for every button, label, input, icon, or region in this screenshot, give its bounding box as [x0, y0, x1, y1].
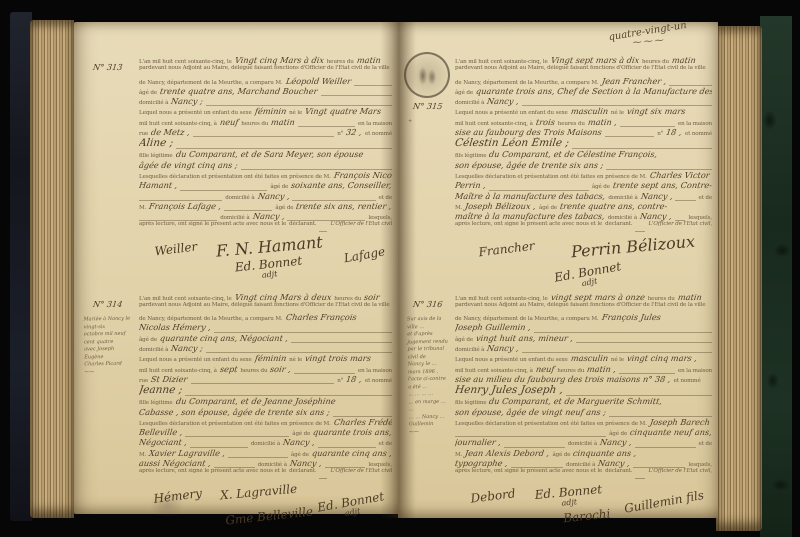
- act-line: fille légitimedu Comparant, et de Jeanne…: [139, 396, 392, 406]
- printed-form-text: L'an mil huit cent soixante-cinq, le: [139, 59, 232, 65]
- printed-form-text: M.: [455, 452, 462, 458]
- printed-form-text: domicilié à: [251, 441, 280, 447]
- blank-rule-filler: [228, 453, 287, 458]
- handwritten-entry: Henry Jules Joseph ,: [455, 384, 564, 396]
- printed-form-text: domicilié à: [608, 195, 637, 201]
- printed-form-text: n°: [657, 131, 663, 137]
- printed-form-text: lesquels,: [688, 215, 712, 221]
- act-line: L'an mil huit cent soixante-cinq, leVing…: [139, 55, 392, 65]
- handwritten-entry: son épouse, âgée de vingt neuf ans ;: [455, 407, 607, 417]
- printed-form-text: âgé de: [455, 337, 473, 343]
- act-line: Nicolas Hémery ,: [139, 322, 392, 332]
- book-cover-right: [760, 16, 792, 537]
- handwritten-entry: vingt six mars: [626, 106, 686, 116]
- act-number: N° 313: [93, 62, 124, 72]
- blank-rule-filler: [605, 132, 655, 137]
- act-line: pardevant nous Adjoint au Maire, délégué…: [139, 65, 392, 75]
- margin-note: +: [406, 118, 450, 126]
- signature-block: DebordEd. BonnetadjtGuillemin filsBaroch…: [465, 486, 708, 522]
- act-line: domicilié àNancy ,: [455, 96, 712, 106]
- printed-form-text: né le: [289, 110, 302, 116]
- act-line: âgé decinquante neuf ans,: [455, 427, 712, 437]
- handwritten-entry: âgée de vingt cinq ans ;: [139, 160, 238, 170]
- act-line: Lesquelles déclaration et présentation o…: [139, 417, 392, 427]
- act-line: maître à la manufacture des tabacs,domic…: [455, 211, 712, 221]
- handwritten-entry: cinquante neuf ans,: [629, 427, 712, 437]
- act-line: de Nancy, département de la Meurthe, a c…: [139, 312, 392, 322]
- handwritten-entry: Vingt sept mars à dix: [550, 55, 640, 65]
- printed-form-text: âgé de: [139, 90, 157, 96]
- act-line: de Nancy, département de la Meurthe, a c…: [139, 76, 392, 86]
- printed-form-text: domicilié à: [608, 215, 637, 221]
- act-line: domicilié àNancy ,: [455, 343, 712, 353]
- act-line: M.Xavier Lagraville ,âgé dequarante cinq…: [139, 448, 392, 458]
- handwritten-entry: matin ,: [587, 364, 617, 374]
- printed-form-text: domicilié à: [225, 195, 254, 201]
- blank-rule-filler: [319, 474, 327, 479]
- printed-form-text: et nommé: [674, 378, 701, 384]
- handwritten-entry: Nancy ,: [289, 458, 322, 468]
- handwritten-entry: François Lafage ,: [149, 201, 223, 211]
- printed-form-text: lesquels,: [368, 462, 392, 468]
- printed-form-text: domicilié à: [568, 441, 597, 447]
- handwritten-entry: vingt huit ans, mineur ,: [475, 333, 574, 343]
- signature: Ed. Bonnetadjt: [553, 260, 623, 292]
- printed-form-text: domicilié à: [139, 347, 168, 353]
- handwritten-entry: Maître à la manufacture des tabacs,: [455, 191, 606, 201]
- printed-form-text: domicilié à: [455, 347, 484, 353]
- printed-form-text: âgé de: [592, 184, 610, 190]
- printed-form-text: et de: [379, 195, 392, 201]
- handwritten-entry: Joseph Barech: [649, 417, 710, 427]
- act-line: pardevant nous Adjoint au Maire, délégué…: [139, 302, 392, 312]
- printed-form-text: de Nancy, département de la Meurthe, a c…: [455, 80, 599, 86]
- blank-rule-filler: [191, 379, 335, 384]
- act-line: Hamant ,âgé desoixante ans, Conseiller,: [139, 180, 392, 190]
- handwritten-entry: 18 ,: [666, 127, 683, 137]
- handwritten-entry: St Dizier: [150, 374, 188, 384]
- margin-note: Mariée à Nancy le vingt-sixoctobre mil n…: [81, 315, 134, 376]
- printed-form-text: fille légitime: [139, 400, 173, 406]
- printed-form-text: âgé de: [291, 452, 309, 458]
- handwritten-entry: quarante trois ans,: [313, 427, 392, 437]
- handwritten-entry: Vingt cinq Mars à dix: [234, 55, 324, 65]
- handwritten-entry: son épouse, âgée de trente six ans ;: [455, 160, 604, 170]
- register-page-right: quatre-vingt-un ⁓⁓⁓ N° 315+L'an mil huit…: [398, 22, 718, 518]
- signature-block: FrancherPerrin BélizouxEd. Bonnetadjt: [465, 239, 708, 277]
- signature: Ed. Bonnetadjt: [234, 254, 303, 282]
- handwritten-entry: Nancy ,: [487, 343, 520, 353]
- act-body: L'an mil huit cent soixante-cinq, leving…: [455, 292, 712, 522]
- printed-form-text: heures du: [557, 368, 584, 374]
- printed-form-text: L'an mil huit cent soixante-cinq, le: [139, 296, 232, 302]
- printed-form-text: mil huit cent soixante-cinq, à: [139, 368, 217, 374]
- signature: Gme Belleville: [224, 505, 313, 527]
- handwritten-entry: Nancy ,: [599, 437, 632, 447]
- act-line: son épouse, âgée de vingt neuf ans ;: [455, 407, 712, 417]
- act-number: N° 316: [413, 299, 444, 309]
- handwritten-entry: soixante ans, Conseiller,: [291, 180, 392, 190]
- printed-form-text: mil huit cent soixante-cinq, à: [455, 121, 533, 127]
- printed-form-text: n°: [337, 131, 343, 137]
- margin-note-line: Guillemin: [409, 420, 451, 428]
- printed-form-text: âgé de: [539, 205, 557, 211]
- act-line: pardevant nous Adjoint au Maire, délégué…: [455, 302, 712, 312]
- printed-form-text: L'Officier de l'État civil,: [330, 221, 392, 227]
- handwritten-entry: Hamant ,: [139, 180, 178, 190]
- printed-form-text: et de: [379, 441, 392, 447]
- printed-form-text: et de: [699, 195, 712, 201]
- handwritten-entry: Aline ;: [139, 137, 174, 149]
- handwritten-entry: féminin: [254, 353, 287, 363]
- act-line: pardevant nous Adjoint au Maire, délégué…: [455, 65, 712, 75]
- printed-form-text: âgé de: [552, 452, 570, 458]
- handwritten-entry: vingt sept mars à onze: [550, 292, 645, 302]
- handwritten-entry: matin: [271, 117, 296, 127]
- margin-note-line: … en marge … …: [408, 398, 450, 414]
- blank-rule-filler: [180, 186, 267, 191]
- handwritten-entry: du Comparant, et de Marguerite Schmitt,: [489, 396, 663, 406]
- act-line: âgé dequarante trois ans, Chef de Sectio…: [455, 86, 712, 96]
- act-line: après lecture, ont signé le présent acte…: [139, 221, 392, 231]
- handwritten-entry: François Nicolas: [333, 170, 392, 180]
- signature-block: WeillerF. N. HamantLafageEd. Bonnetadjt: [149, 239, 388, 277]
- printed-form-text: Lesquelles déclaration et présentation o…: [455, 421, 647, 427]
- act-line: après lecture, ont signé le présent acte…: [139, 468, 392, 478]
- register-page-left: N° 313L'an mil huit cent soixante-cinq, …: [74, 22, 398, 514]
- printed-form-text: et de: [699, 441, 712, 447]
- printed-form-text: âgé de: [275, 205, 293, 211]
- handwritten-entry: du Comparant, et de Célestine François,: [489, 149, 659, 159]
- printed-form-text: fils légitime: [455, 400, 486, 406]
- act-number: N° 315: [413, 101, 444, 111]
- act-margin-column: N° 314Mariée à Nancy le vingt-sixoctobre…: [82, 292, 134, 522]
- act-line: son épouse, âgée de trente six ans ;: [455, 160, 712, 170]
- blank-rule-filler: [318, 443, 376, 448]
- printed-form-text: en la maison: [678, 121, 712, 127]
- act-line: de Nancy, département de la Meurthe, a c…: [455, 312, 712, 322]
- handwritten-entry: Vingt quatre Mars: [304, 106, 382, 116]
- act-line: âgé devingt huit ans, mineur ,: [455, 333, 712, 343]
- handwritten-entry: trente quatre ans, contre-: [559, 201, 668, 211]
- handwritten-entry: trente quatre ans, Marchand Boucher: [159, 86, 318, 96]
- margin-note-line: par le tribunal civil de: [407, 345, 449, 361]
- margin-note-line: avec Joseph Eugène: [84, 345, 134, 361]
- blank-rule-filler: [635, 227, 645, 232]
- margin-note-line: et d'après jugement rendu: [407, 330, 449, 346]
- signature: Hémery: [153, 487, 203, 505]
- printed-form-text: après lecture, ont signé le présent acte…: [139, 221, 286, 227]
- civil-act: N° 313L'an mil huit cent soixante-cinq, …: [82, 55, 392, 277]
- book-cover-left: [10, 12, 32, 521]
- handwritten-entry: masculin: [570, 106, 609, 116]
- act-line: M.François Lafage ,âgé detrente six ans,…: [139, 201, 392, 211]
- signature-title: adjt: [555, 272, 623, 292]
- blank-rule-filler: [193, 132, 334, 137]
- printed-form-text: domicilié à: [455, 100, 484, 106]
- signature: Ed. Bonnetadjt: [317, 490, 387, 522]
- act-line: Lequel nous a présenté un enfant du sexe…: [139, 353, 392, 363]
- printed-form-text: Lequel nous a présenté un enfant du sexe: [455, 110, 568, 116]
- act-line: L'an mil huit cent soixante-cinq, leving…: [455, 292, 712, 302]
- handwritten-entry: soir ,: [270, 364, 292, 374]
- handwritten-entry: Nancy ;: [171, 96, 204, 106]
- act-line: de Nancy, département de la Meurthe, a c…: [455, 76, 712, 86]
- printed-form-text: fils légitime: [455, 153, 486, 159]
- printed-form-text: L'an mil huit cent soixante-cinq, le: [455, 59, 548, 65]
- act-line: rueSt Diziern°18 ,et nommé: [139, 374, 392, 384]
- signature-block: HémeryX. LagravilleEd. BonnetadjtGme Bel…: [149, 486, 388, 522]
- printed-form-text: domicilié à: [220, 215, 249, 221]
- handwritten-entry: Nancy ,: [598, 458, 631, 468]
- printed-form-text: de Nancy, département de la Meurthe, a c…: [139, 80, 283, 86]
- margin-note-line: Mariée à Nancy le vingt-six: [83, 315, 133, 331]
- act-line: Joseph Guillemin ,: [455, 322, 712, 332]
- handwritten-entry: Nancy ;: [171, 343, 204, 353]
- signature: Weiller: [154, 240, 198, 258]
- act-line: âgée de vingt cinq ans ;: [139, 160, 392, 170]
- act-line: Célestin Léon Émile ;: [455, 137, 712, 149]
- act-line: domicilié àNancy ,lesquels,: [139, 211, 392, 221]
- printed-form-text: né le: [611, 110, 624, 116]
- act-line: après lecture, ont signé le présent acte…: [455, 221, 712, 231]
- handwritten-entry: Nancy ,: [640, 191, 673, 201]
- printed-form-text: L'Officier de l'État civil,: [648, 221, 712, 227]
- act-line: fils légitimedu Comparant, et de Marguer…: [455, 396, 712, 406]
- act-line: mil huit cent soixante-cinq, àseptheures…: [139, 364, 392, 374]
- handwritten-entry: matin: [677, 292, 702, 302]
- acts-left: N° 313L'an mil huit cent soixante-cinq, …: [74, 22, 398, 514]
- printed-form-text: domicilié à: [139, 100, 168, 106]
- printed-form-text: domicilié à: [258, 462, 287, 468]
- printed-form-text: déclarant.: [605, 221, 632, 227]
- act-line: Cabasse , son épouse, âgée de trente six…: [139, 407, 392, 417]
- act-line: après lecture, ont signé le présent acte…: [455, 468, 712, 478]
- handwritten-entry: Vingt cinq Mars à deux: [234, 292, 332, 302]
- handwritten-entry: trente sept ans, Contre-: [612, 180, 712, 190]
- handwritten-entry: aussi Négociant ,: [139, 458, 212, 468]
- act-line: fille légitimedu Comparant, et de Sara M…: [139, 149, 392, 159]
- act-line: typographe ,domicilié àNancy ,lesquels,: [455, 458, 712, 468]
- act-line: L'an mil huit cent soixante-cinq, leVing…: [139, 292, 392, 302]
- handwritten-entry: Nancy ,: [257, 191, 290, 201]
- act-line: M.Jean Alexis Debord ,âgé decinquante an…: [455, 448, 712, 458]
- printed-form-text: domicilié à: [566, 462, 595, 468]
- act-line: âgé dequarante cinq ans, Négociant ,: [139, 333, 392, 343]
- act-line: M.Joseph Bélizoux ,âgé detrente quatre a…: [455, 201, 712, 211]
- margin-note-line: octobre mil neuf cent quatre: [84, 330, 134, 346]
- act-line: sise au faubourg des Trois Maisonsn°18 ,…: [455, 127, 712, 137]
- printed-form-text: heures du: [558, 121, 585, 127]
- printed-form-text: après lecture, ont signé le présent acte…: [139, 468, 286, 474]
- blank-rule-filler: [635, 443, 696, 448]
- printed-form-text: L'Officier de l'État civil,: [648, 468, 712, 474]
- act-line: domicilié àNancy ;: [139, 96, 392, 106]
- acts-right: N° 315+L'an mil huit cent soixante-cinq,…: [398, 22, 718, 518]
- handwritten-entry: soir: [364, 292, 381, 302]
- printed-form-text: mil huit cent soixante-cinq, à: [455, 368, 533, 374]
- act-line: Perrin ,âgé detrente sept ans, Contre-: [455, 180, 712, 190]
- printed-form-text: âgé de: [455, 90, 473, 96]
- act-line: Négociant ,domicilié àNancy ,et de: [139, 437, 392, 447]
- handwritten-entry: Nancy ,: [282, 437, 315, 447]
- handwritten-entry: matin: [356, 55, 381, 65]
- handwritten-entry: sise au faubourg des Trois Maisons: [455, 127, 602, 137]
- act-line: âgé detrente quatre ans, Marchand Bouche…: [139, 86, 392, 96]
- printed-form-text: heures du: [241, 121, 268, 127]
- printed-form-text: fille légitime: [139, 153, 173, 159]
- handwritten-entry: Joseph Guillemin ,: [455, 322, 531, 332]
- printed-form-text: âgé de: [270, 184, 288, 190]
- civil-act: N° 314Mariée à Nancy le vingt-sixoctobre…: [82, 292, 392, 522]
- margin-note-line: … … … …: [408, 390, 450, 398]
- signature: Ed. Bonnetadjt: [534, 483, 603, 510]
- printed-form-text: et nommé: [365, 131, 392, 137]
- printed-form-text: âgé de: [609, 431, 627, 437]
- printed-form-text: n°: [337, 378, 343, 384]
- printed-form-text: heures du: [648, 296, 675, 302]
- handwritten-entry: Charles Frédéric: [333, 417, 392, 427]
- handwritten-entry: Nancy ,: [487, 96, 520, 106]
- printed-form-text: déclarant.: [289, 468, 316, 474]
- act-line: Lequel nous a présenté un enfant du sexe…: [455, 106, 712, 116]
- civil-act: N° 315+L'an mil huit cent soixante-cinq,…: [406, 55, 712, 277]
- handwritten-entry: cinquante ans ,: [573, 448, 638, 458]
- page-edges-left: [30, 20, 74, 518]
- margin-note-line: Nancy le … mars 1896 ,: [408, 360, 450, 376]
- blank-rule-filler: [291, 338, 392, 343]
- handwritten-entry: neuf: [535, 364, 555, 374]
- printed-form-text: M.: [139, 452, 146, 458]
- act-margin-column: N° 313: [82, 55, 134, 277]
- printed-form-text: Lequel nous a présenté un enfant du sexe: [455, 357, 568, 363]
- printed-form-text: Lesquelles déclaration et présentation o…: [455, 174, 647, 180]
- signature: X. Lagraville: [220, 482, 298, 501]
- page-edges-right: [716, 26, 762, 531]
- act-body: L'an mil huit cent soixante-cinq, leVing…: [455, 55, 712, 277]
- printed-form-text: rue: [139, 378, 148, 384]
- printed-form-text: lesquels,: [688, 462, 712, 468]
- act-line: L'an mil huit cent soixante-cinq, leVing…: [455, 55, 712, 65]
- handwritten-entry: quarante trois ans, Chef de Section à la…: [475, 86, 712, 96]
- handwritten-entry: journalier ,: [455, 437, 502, 447]
- act-line: domicilié àNancy ;: [139, 343, 392, 353]
- printed-form-text: rue: [139, 131, 148, 137]
- handwritten-entry: 32 ,: [346, 127, 363, 137]
- handwritten-entry: vingt trois mars: [304, 353, 371, 363]
- handwritten-entry: Jeanne ;: [139, 384, 183, 396]
- handwritten-entry: féminin: [254, 106, 287, 116]
- printed-form-text: né le: [611, 357, 624, 363]
- blank-rule-filler: [190, 443, 248, 448]
- handwritten-entry: trente six ans, rentier ,: [296, 201, 392, 211]
- printed-form-text: heures du: [334, 296, 361, 302]
- printed-form-text: âgé de: [139, 337, 157, 343]
- handwritten-entry: Nancy ,: [639, 211, 672, 221]
- printed-form-text: mil huit cent soixante-cinq, à: [139, 121, 217, 127]
- act-line: Lesquelles déclaration et présentation o…: [455, 170, 712, 180]
- blank-rule-filler: [635, 474, 645, 479]
- printed-form-text: Lesquelles déclaration et présentation o…: [139, 174, 331, 180]
- act-line: ruede Metz ,n°32 ,et nommé: [139, 127, 392, 137]
- signature-title: adjt: [235, 267, 303, 282]
- handwritten-entry: Perrin ,: [455, 180, 487, 190]
- handwritten-entry: Joseph Bélizoux ,: [465, 201, 537, 211]
- act-number: N° 314: [93, 299, 124, 309]
- act-margin-column: N° 316Sur avis de la ville …et d'après j…: [406, 292, 450, 522]
- printed-form-text: pardevant nous Adjoint au Maire, délégué…: [139, 65, 390, 71]
- handwritten-entry: Jean Francher ,: [601, 76, 667, 86]
- printed-form-text: et nommé: [685, 131, 712, 137]
- printed-form-text: et nommé: [365, 378, 392, 384]
- printed-form-text: pardevant nous Adjoint au Maire, délégué…: [455, 302, 706, 308]
- handwritten-entry: Xavier Lagraville ,: [149, 448, 227, 458]
- handwritten-entry: trois: [535, 117, 555, 127]
- handwritten-entry: Négociant ,: [139, 437, 188, 447]
- printed-form-text: M.: [139, 205, 146, 211]
- act-line: Henry Jules Joseph ,: [455, 384, 712, 396]
- handwritten-entry: masculin: [570, 353, 609, 363]
- signature: Perrin Bélizoux: [570, 233, 695, 261]
- printed-form-text: L'Officier de l'État civil,: [330, 468, 392, 474]
- printed-form-text: Lequel nous a présenté un enfant du sexe: [139, 110, 252, 116]
- handwritten-entry: neuf: [219, 117, 239, 127]
- printed-form-text: de Nancy, département de la Meurthe, a c…: [139, 316, 283, 322]
- handwritten-entry: Célestin Léon Émile ;: [455, 137, 570, 149]
- handwritten-entry: quarante cinq ans ,: [311, 448, 392, 458]
- printed-form-text: de Nancy, département de la Meurthe, a c…: [455, 316, 599, 322]
- printed-form-text: âgé de: [292, 431, 310, 437]
- signature: Guillemin fils: [624, 489, 706, 515]
- handwritten-entry: de Metz ,: [150, 127, 190, 137]
- signature: Lafage: [343, 245, 386, 265]
- handwritten-entry: Jean Alexis Debord ,: [465, 448, 551, 458]
- blank-rule-filler: [321, 91, 392, 96]
- registry-book-photo: N° 313L'an mil huit cent soixante-cinq, …: [0, 0, 800, 537]
- act-body: L'an mil huit cent soixante-cinq, leVing…: [139, 55, 392, 277]
- handwritten-entry: Charles François: [285, 312, 357, 322]
- printed-form-text: Lesquelles déclaration et présentation o…: [139, 421, 331, 427]
- act-margin-column: N° 315+: [406, 55, 450, 277]
- blank-rule-filler: [576, 338, 712, 343]
- printed-form-text: heures du: [642, 59, 669, 65]
- signature-title: adjt: [319, 502, 387, 522]
- margin-note-line: +: [408, 118, 450, 126]
- handwritten-entry: matin: [671, 55, 696, 65]
- handwritten-entry: Nancy ,: [252, 211, 285, 221]
- margin-note-line: … … Nancy …: [409, 413, 451, 421]
- margin-note-line: l'acte ci-contre a été …: [408, 375, 450, 391]
- printed-form-text: Lequel nous a présenté un enfant du sexe: [139, 357, 252, 363]
- handwritten-entry: 18 ,: [346, 374, 363, 384]
- margin-note: Sur avis de la ville …et d'après jugemen…: [405, 315, 451, 436]
- handwritten-entry: maître à la manufacture des tabacs,: [455, 211, 605, 221]
- printed-form-text: en la maison: [358, 368, 392, 374]
- handwritten-entry: du Comparant, et de Jeanne Joséphine: [175, 396, 336, 406]
- handwritten-entry: Charles Victor: [649, 170, 710, 180]
- handwritten-entry: vingt cinq mars ,: [626, 353, 697, 363]
- signature: Francher: [478, 239, 535, 258]
- handwritten-entry: sise au milieu du faubourg des trois mai…: [455, 374, 671, 384]
- printed-form-text: lesquels,: [368, 215, 392, 221]
- civil-act: N° 316Sur avis de la ville …et d'après j…: [406, 292, 712, 522]
- blank-rule-filler: [319, 227, 327, 232]
- act-line: domicilié àNancy ,et de: [139, 191, 392, 201]
- printed-form-text: pardevant nous Adjoint au Maire, délégué…: [455, 65, 706, 71]
- act-body: L'an mil huit cent soixante-cinq, leVing…: [139, 292, 392, 522]
- blank-rule-filler: [214, 328, 392, 333]
- act-line: mil huit cent soixante-cinq, àneufheures…: [139, 117, 392, 127]
